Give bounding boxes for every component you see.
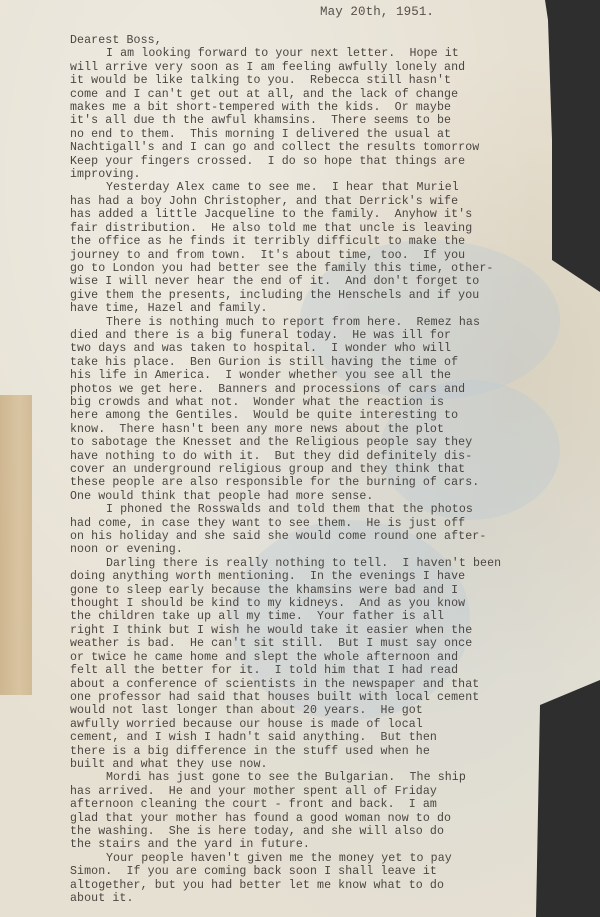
text-line: fair distribution. He also told me that … [70,222,550,235]
text-line: died and there is a big funeral today. H… [70,329,550,342]
text-line: the washing. She is here today, and she … [70,825,550,838]
text-line: felt all the better for it. I told him t… [70,664,550,677]
text-line: I am looking forward to your next letter… [70,47,550,60]
text-line: there is a big difference in the stuff u… [70,745,550,758]
letter-paragraph: I am looking forward to your next letter… [70,47,550,181]
letter-paragraph: Darling there is really nothing to tell.… [70,557,550,772]
text-line: has had a boy John Christopher, and that… [70,195,550,208]
text-line: will arrive very soon as I am feeling aw… [70,61,550,74]
text-line: on his holiday and she said she would co… [70,530,550,543]
text-line: the stairs and the yard in future. [70,838,550,851]
text-line: I phoned the Rosswalds and told them tha… [70,503,550,516]
text-line: built and what they use now. [70,758,550,771]
text-line: it's all due th the awful khamsins. Ther… [70,114,550,127]
text-line: wise I will never hear the end of it. An… [70,275,550,288]
typed-letter: May 20th, 1951. Dearest Boss, I am looki… [70,2,550,905]
text-line: Your people haven't given me the money y… [70,852,550,865]
text-line: improving. [70,168,550,181]
letter-paper: May 20th, 1951. Dearest Boss, I am looki… [0,0,600,917]
text-line: has added a little Jacqueline to the fam… [70,208,550,221]
text-line: There is nothing much to report from her… [70,316,550,329]
text-line: take his place. Ben Gurion is still havi… [70,356,550,369]
text-line: awfully worried because our house is mad… [70,718,550,731]
text-line: one professor had said that houses built… [70,691,550,704]
text-line: Yesterday Alex came to see me. I hear th… [70,181,550,194]
text-line: come and I can't get out at all, and the… [70,88,550,101]
text-line: had come, in case they want to see them.… [70,517,550,530]
text-line: makes me a bit short-tempered with the k… [70,101,550,114]
text-line: thought I should be kind to my kidneys. … [70,597,550,610]
letter-paragraph: There is nothing much to report from her… [70,316,550,504]
text-line: Simon. If you are coming back soon I sha… [70,865,550,878]
text-line: doing anything worth mentioning. In the … [70,570,550,583]
text-line: about a conference of scientists in the … [70,678,550,691]
text-line: have nothing to do with it. But they did… [70,450,550,463]
letter-paragraph: Mordi has just gone to see the Bulgarian… [70,771,550,851]
adhesive-tape-strip [0,395,32,695]
text-line: Darling there is really nothing to tell.… [70,557,550,570]
letter-paragraph: Yesterday Alex came to see me. I hear th… [70,181,550,315]
text-line: noon or evening. [70,543,550,556]
letter-salutation: Dearest Boss, [70,34,550,47]
text-line: his life in America. I wonder whether yo… [70,369,550,382]
text-line: Mordi has just gone to see the Bulgarian… [70,771,550,784]
text-line: cement, and I wish I hadn't said anythin… [70,731,550,744]
text-line: weather is bad. He can't sit still. But … [70,637,550,650]
text-line: here among the Gentiles. Would be quite … [70,409,550,422]
text-line: or twice he came home and slept the whol… [70,651,550,664]
text-line: these people are also responsible for th… [70,476,550,489]
text-line: Nachtigall's and I can go and collect th… [70,141,550,154]
text-line: the children take up all my time. Your f… [70,610,550,623]
text-line: about it. [70,892,550,905]
text-line: glad that your mother has found a good w… [70,812,550,825]
letter-paragraph: I phoned the Rosswalds and told them tha… [70,503,550,557]
text-line: afternoon cleaning the court - front and… [70,798,550,811]
text-line: know. There hasn't been any more news ab… [70,423,550,436]
letter-date: May 20th, 1951. [70,6,550,32]
text-line: the office as he finds it terribly diffi… [70,235,550,248]
text-line: to sabotage the Knesset and the Religiou… [70,436,550,449]
text-line: it would be like talking to you. Rebecca… [70,74,550,87]
text-line: would not last longer than about 20 year… [70,704,550,717]
text-line: no end to them. This morning I delivered… [70,128,550,141]
text-line: give them the presents, including the He… [70,289,550,302]
text-line: right I think but I wish he would take i… [70,624,550,637]
text-line: cover an underground religious group and… [70,463,550,476]
letter-paragraph: Your people haven't given me the money y… [70,852,550,906]
text-line: journey to and from town. It's about tim… [70,249,550,262]
text-line: big crowds and what not. Wonder what the… [70,396,550,409]
text-line: Keep your fingers crossed. I do so hope … [70,155,550,168]
text-line: photos we get here. Banners and processi… [70,383,550,396]
text-line: One would think that people had more sen… [70,490,550,503]
text-line: go to London you had better see the fami… [70,262,550,275]
letter-body: I am looking forward to your next letter… [70,47,550,905]
text-line: has arrived. He and your mother spent al… [70,785,550,798]
text-line: altogether, but you had better let me kn… [70,879,550,892]
text-line: two days and was taken to hospital. I wo… [70,342,550,355]
text-line: gone to sleep early because the khamsins… [70,584,550,597]
text-line: have time, Hazel and family. [70,302,550,315]
